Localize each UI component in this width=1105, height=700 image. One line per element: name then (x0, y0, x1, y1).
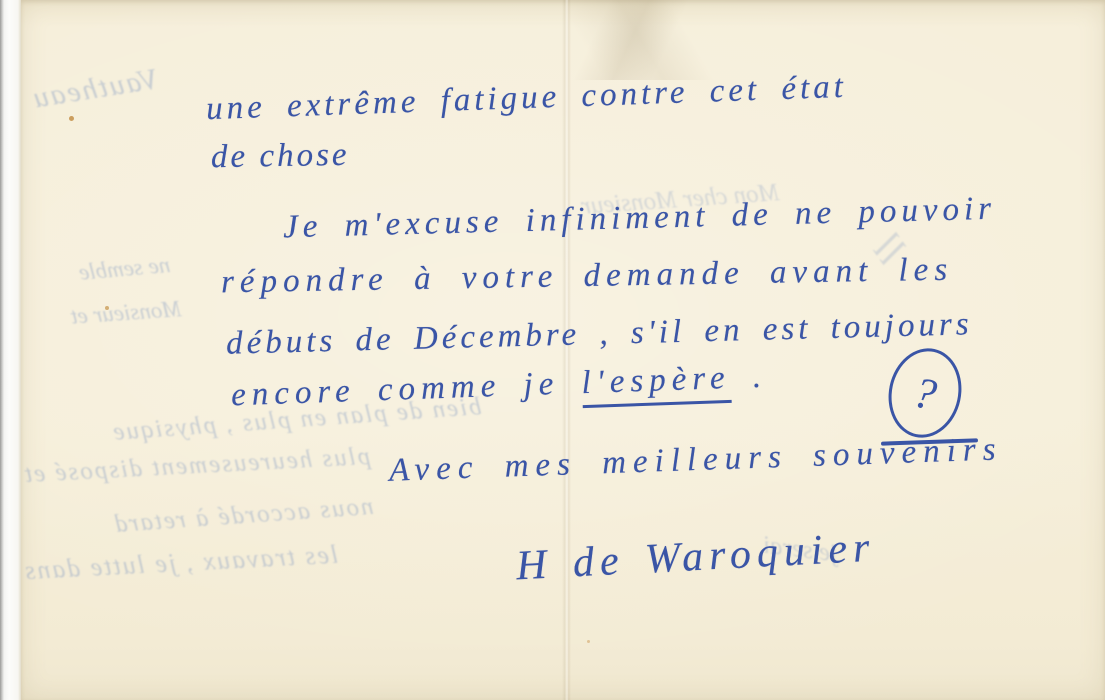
letter-line-2: de chose (211, 137, 350, 176)
bleedthrough-mark: Vautheau (29, 62, 160, 116)
foxing-speck (587, 640, 590, 643)
letter-line-4: répondre à votre demande avant les (221, 252, 954, 302)
underlined-word-espere: l'espère (581, 360, 732, 408)
letter-line-6: encore comme je l'espère . (231, 359, 768, 415)
letter-photo: Vautheau Mon cher Monsieur ne semble Mon… (0, 0, 1105, 700)
bleedthrough-mark: Monsieur et (70, 296, 182, 330)
bleedthrough-mark: nous accordé à retard (112, 493, 374, 539)
line6-post: . (730, 359, 768, 396)
bleedthrough-mark: les travaux , je lutte dans (22, 540, 339, 586)
letter-closing: Avec mes meilleurs souvenirs (389, 431, 1004, 489)
bleedthrough-mark: plus heureusement disposé et (23, 443, 371, 489)
line6-pre: encore comme je (231, 365, 583, 413)
letter-paper: Vautheau Mon cher Monsieur ne semble Mon… (21, 0, 1105, 700)
top-crease-shadow (401, 0, 861, 80)
letter-line-5: débuts de Décembre , s'il en est toujour… (226, 306, 973, 363)
scan-background-strip (0, 0, 22, 700)
question-mark-glyph: ? (909, 366, 941, 420)
foxing-speck (69, 116, 74, 121)
bleedthrough-mark: ne semble (78, 252, 171, 286)
circled-question-mark: ? (880, 341, 969, 444)
